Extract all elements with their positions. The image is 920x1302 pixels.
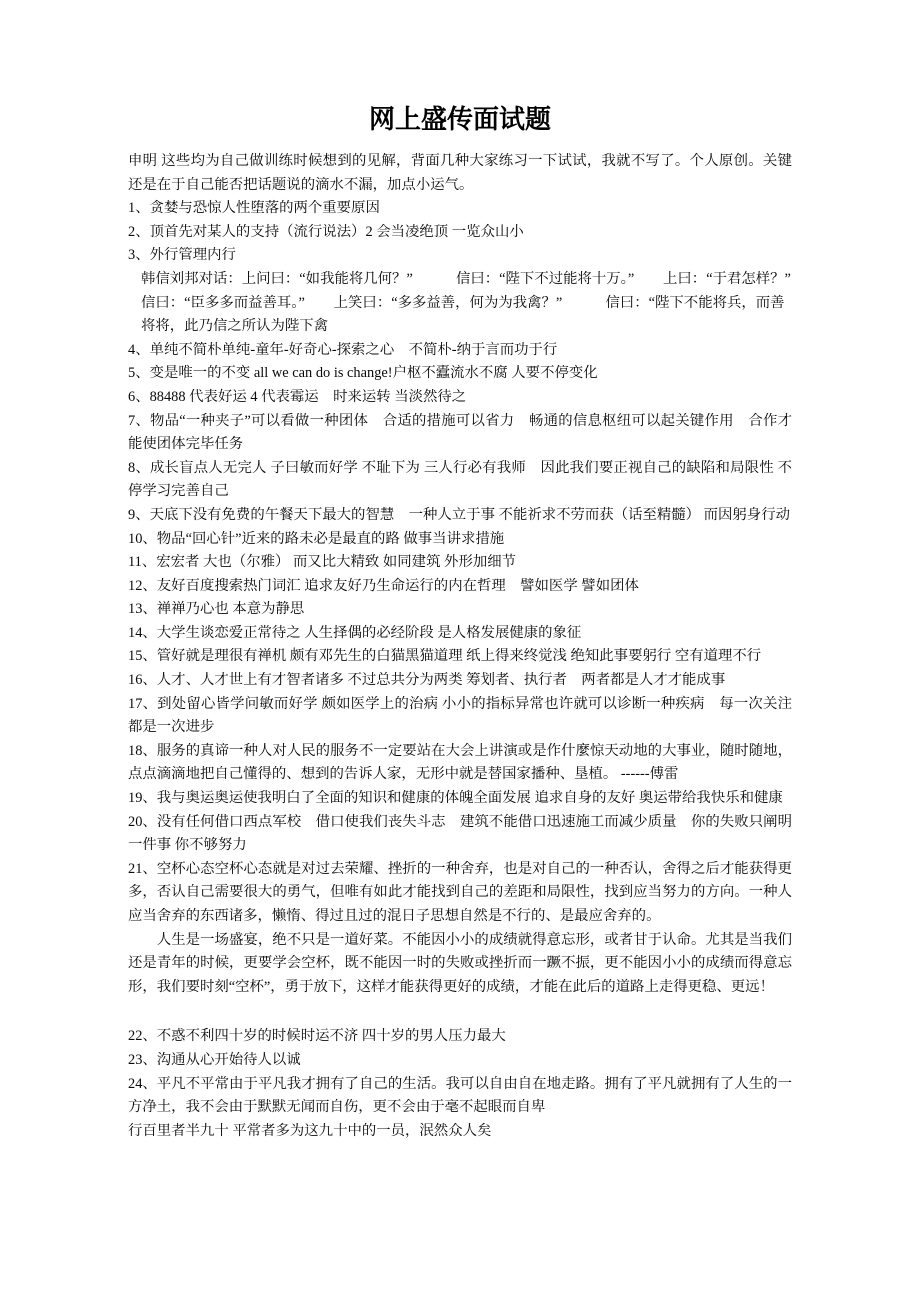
list-item-20: 20、没有任何借口西点军校 借口使我们丧失斗志 建筑不能借口迅速施工而减少质量 … bbox=[128, 811, 792, 858]
list-item-9: 9、天底下没有免费的午餐天下最大的智慧 一种人立于事 不能祈求不劳而获（话至精髓… bbox=[128, 504, 792, 528]
document-page: 网上盛传面试题 申明 这些均为自己做训练时候想到的见解，背面几种大家练习一下试试… bbox=[0, 0, 920, 1302]
list-item-14: 14、大学生谈恋爱正常待之 人生择偶的必经阶段 是人格发展健康的象征 bbox=[128, 622, 792, 646]
intro-paragraph: 申明 这些均为自己做训练时候想到的见解，背面几种大家练习一下试试，我就不写了。个… bbox=[128, 150, 792, 197]
list-item-4: 4、单纯不简朴单纯-童年-好奇心-探索之心 不简朴-纳于言而功于行 bbox=[128, 339, 792, 363]
list-item-23: 23、沟通从心开始待人以诚 bbox=[128, 1049, 792, 1073]
list-item-22: 22、不惑不利四十岁的时候时运不济 四十岁的男人压力最大 bbox=[128, 1025, 792, 1049]
blank-line bbox=[128, 999, 792, 1025]
list-item-7: 7、物品“一种夹子”可以看做一种团体 合适的措施可以省力 畅通的信息枢纽可以起关… bbox=[128, 410, 792, 457]
list-item-10: 10、物品“回心针”近来的路未必是最直的路 做事当讲求措施 bbox=[128, 528, 792, 552]
list-item-6: 6、88488 代表好运 4 代表霉运 时来运转 当淡然待之 bbox=[128, 386, 792, 410]
footnote-line: 行百里者半九十 平常者多为这九十中的一员，泯然众人矣 bbox=[128, 1120, 792, 1144]
hanxin-liubang-dialogue: 韩信刘邦对话：上问曰：“如我能将几何？” 信曰：“陛下不过能将十万。” 上曰：“… bbox=[128, 268, 792, 339]
list-item-2: 2、顶首先对某人的支持（流行说法）2 会当凌绝顶 一览众山小 bbox=[128, 221, 792, 245]
list-item-3: 3、外行管理内行 bbox=[128, 244, 792, 268]
list-item-18: 18、服务的真谛一种人对人民的服务不一定要站在大会上讲演或是作什麼惊天动地的大事… bbox=[128, 740, 792, 787]
list-item-15: 15、管好就是理很有禅机 颇有邓先生的白猫黑猫道理 纸上得来终觉浅 绝知此事要躬… bbox=[128, 645, 792, 669]
list-item-1: 1、贪婪与恐惊人性堕落的两个重要原因 bbox=[128, 197, 792, 221]
list-item-12: 12、友好百度搜索热门词汇 追求友好乃生命运行的内在哲理 譬如医学 譬如团体 bbox=[128, 575, 792, 599]
list-item-21: 21、空杯心态空杯心态就是对过去荣耀、挫折的一种舍弃，也是对自己的一种否认，舍得… bbox=[128, 858, 792, 929]
list-item-19: 19、我与奥运奥运使我明白了全面的知识和健康的体魄全面发展 追求自身的友好 奥运… bbox=[128, 787, 792, 811]
list-item-5: 5、变是唯一的不变 all we can do is change!户枢不蠹流水… bbox=[128, 362, 792, 386]
list-item-16: 16、人才、人才世上有才智者诸多 不过总共分为两类 筹划者、执行者 两者都是人才… bbox=[128, 669, 792, 693]
list-item-8: 8、成长盲点人无完人 子曰敏而好学 不耻下为 三人行必有我师 因此我们要正视自己… bbox=[128, 457, 792, 504]
document-title: 网上盛传面试题 bbox=[128, 104, 792, 136]
list-item-11: 11、宏宏者 大也（尔雅） 而又比大精致 如同建筑 外形加细节 bbox=[128, 551, 792, 575]
list-item-24: 24、平凡不平常由于平凡我才拥有了自己的生活。我可以自由自在地走路。拥有了平凡就… bbox=[128, 1073, 792, 1120]
list-item-13: 13、禅禅乃心也 本意为静思 bbox=[128, 598, 792, 622]
list-item-17: 17、到处留心皆学问敏而好学 颇如医学上的治病 小小的指标异常也许就可以诊断一种… bbox=[128, 693, 792, 740]
closing-paragraph: 人生是一场盛宴，绝不只是一道好菜。不能因小小的成绩就得意忘形，或者甘于认命。尤其… bbox=[128, 929, 792, 1000]
